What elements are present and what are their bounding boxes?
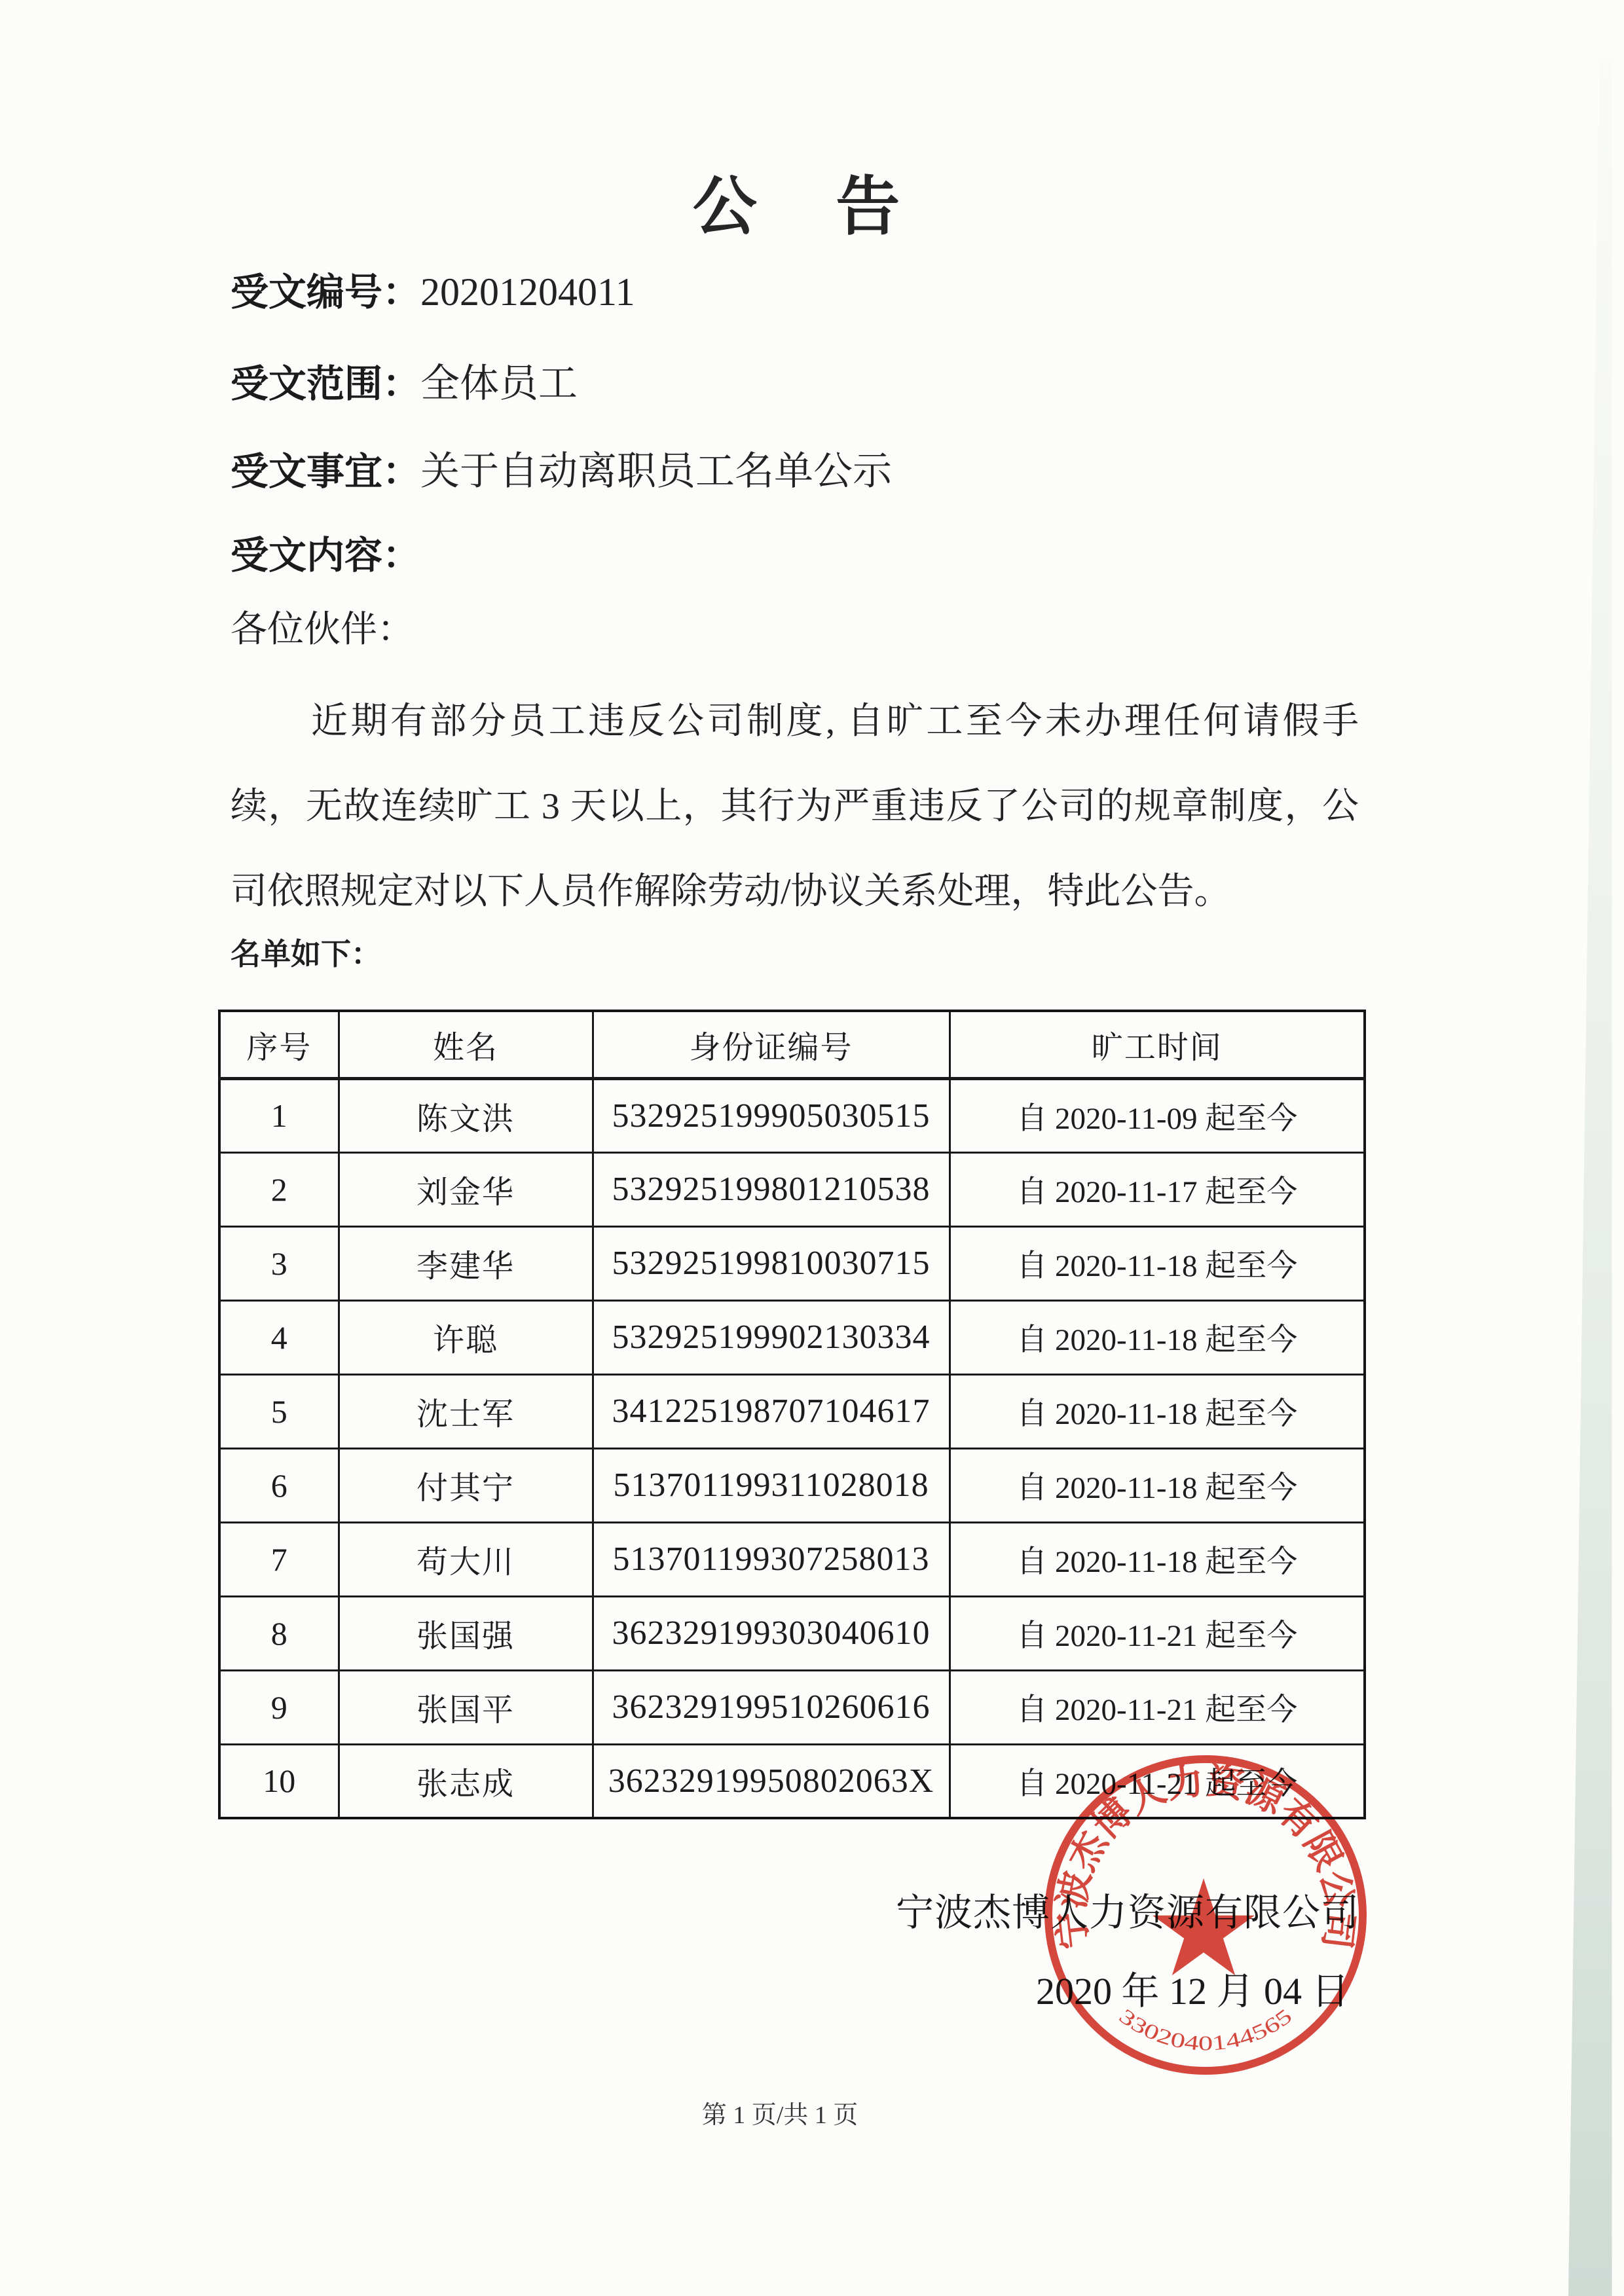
table-row: 6付其宁513701199311028018自 2020-11-18 起至今 bbox=[219, 1448, 1365, 1522]
table-cell: 341225198707104617 bbox=[593, 1374, 950, 1448]
table-cell: 张志成 bbox=[339, 1744, 593, 1818]
column-header-name: 姓名 bbox=[339, 1011, 593, 1078]
scan-artifact-streak bbox=[1568, 59, 1614, 2296]
page-number-footer: 第 1 页/共 1 页 bbox=[0, 2103, 1560, 2128]
meta-label-scope: 受文范围： bbox=[231, 363, 420, 405]
table-cell: 沈士军 bbox=[339, 1374, 593, 1448]
table-cell: 8 bbox=[219, 1596, 339, 1670]
table-cell: 532925199801210538 bbox=[593, 1152, 950, 1226]
table-cell: 自 2020-11-18 起至今 bbox=[950, 1300, 1365, 1374]
absence-table-body: 1陈文洪532925199905030515自 2020-11-09 起至今2刘… bbox=[219, 1078, 1365, 1818]
table-row: 9张国平362329199510260616自 2020-11-21 起至今 bbox=[219, 1670, 1365, 1744]
table-cell: 4 bbox=[219, 1300, 339, 1374]
table-cell: 1 bbox=[219, 1078, 339, 1152]
table-cell: 362329199510260616 bbox=[593, 1670, 950, 1744]
company-seal-stamp: 宁波杰博人力资源有限公司 3302040144565 bbox=[1035, 1745, 1376, 2085]
meta-label-doc-number: 受文编号： bbox=[231, 271, 420, 314]
table-cell: 自 2020-11-21 起至今 bbox=[950, 1670, 1365, 1744]
table-row: 2刘金华532925199801210538自 2020-11-17 起至今 bbox=[219, 1152, 1365, 1226]
meta-value-scope: 全体员工 bbox=[420, 362, 578, 405]
table-cell: 6 bbox=[219, 1448, 339, 1522]
table-cell: 付其宁 bbox=[339, 1448, 593, 1522]
table-cell: 李建华 bbox=[339, 1226, 593, 1300]
table-cell: 9 bbox=[219, 1670, 339, 1744]
table-row: 7苟大川513701199307258013自 2020-11-18 起至今 bbox=[219, 1522, 1365, 1596]
body-paragraph-line-3: 司依照规定对以下人员作解除劳动/协议关系处理，特此公告。 bbox=[231, 873, 1231, 910]
meta-line-content: 受文内容： bbox=[231, 536, 420, 575]
table-cell: 自 2020-11-18 起至今 bbox=[950, 1448, 1365, 1522]
table-cell: 张国平 bbox=[339, 1670, 593, 1744]
meta-line-doc-number: 受文编号：20201204011 bbox=[231, 272, 635, 312]
meta-value-doc-number: 20201204011 bbox=[420, 270, 635, 314]
svg-text:3302040144565: 3302040144565 bbox=[1115, 2004, 1297, 2055]
table-cell: 自 2020-11-21 起至今 bbox=[950, 1596, 1365, 1670]
table-cell: 自 2020-11-09 起至今 bbox=[950, 1078, 1365, 1152]
table-cell: 513701199307258013 bbox=[593, 1522, 950, 1596]
table-cell: 张国强 bbox=[339, 1596, 593, 1670]
meta-line-scope: 受文范围：全体员工 bbox=[231, 364, 578, 403]
table-cell: 苟大川 bbox=[339, 1522, 593, 1596]
table-cell: 2 bbox=[219, 1152, 339, 1226]
list-intro: 名单如下： bbox=[231, 939, 381, 970]
table-cell: 532925199902130334 bbox=[593, 1300, 950, 1374]
star-icon bbox=[1153, 1878, 1255, 1975]
column-header-id: 身份证编号 bbox=[593, 1011, 950, 1078]
meta-value-subject: 关于自动离职员工名单公示 bbox=[420, 450, 892, 493]
table-cell: 自 2020-11-18 起至今 bbox=[950, 1522, 1365, 1596]
meta-label-subject: 受文事宜： bbox=[231, 450, 420, 493]
table-cell: 362329199303040610 bbox=[593, 1596, 950, 1670]
table-cell: 532925199905030515 bbox=[593, 1078, 950, 1152]
table-cell: 自 2020-11-18 起至今 bbox=[950, 1374, 1365, 1448]
meta-label-content: 受文内容： bbox=[231, 534, 420, 577]
table-cell: 许聪 bbox=[339, 1300, 593, 1374]
table-cell: 5 bbox=[219, 1374, 339, 1448]
table-cell: 陈文洪 bbox=[339, 1078, 593, 1152]
table-cell: 自 2020-11-17 起至今 bbox=[950, 1152, 1365, 1226]
body-paragraph-line-2: 续，无故连续旷工 3 天以上，其行为严重违反了公司的规章制度，公 bbox=[231, 788, 1359, 825]
table-cell: 刘金华 bbox=[339, 1152, 593, 1226]
absence-roster-table: 序号 姓名 身份证编号 旷工时间 1陈文洪532925199905030515自… bbox=[218, 1010, 1366, 1819]
column-header-seq: 序号 bbox=[219, 1011, 339, 1078]
page-title: 公 告 bbox=[0, 175, 1624, 240]
body-paragraph-line-1: 近期有部分员工违反公司制度, 自旷工至今未办理任何请假手 bbox=[311, 703, 1359, 740]
salutation: 各位伙伴： bbox=[231, 611, 414, 648]
table-cell: 10 bbox=[219, 1744, 339, 1818]
table-row: 8张国强362329199303040610自 2020-11-21 起至今 bbox=[219, 1596, 1365, 1670]
table-cell: 513701199311028018 bbox=[593, 1448, 950, 1522]
table-row: 5沈士军341225198707104617自 2020-11-18 起至今 bbox=[219, 1374, 1365, 1448]
table-cell: 自 2020-11-18 起至今 bbox=[950, 1226, 1365, 1300]
table-header-row: 序号 姓名 身份证编号 旷工时间 bbox=[219, 1011, 1365, 1078]
table-cell: 7 bbox=[219, 1522, 339, 1596]
table-row: 4许聪532925199902130334自 2020-11-18 起至今 bbox=[219, 1300, 1365, 1374]
column-header-time: 旷工时间 bbox=[950, 1011, 1365, 1078]
stamp-number: 3302040144565 bbox=[1115, 2004, 1297, 2055]
table-cell: 3 bbox=[219, 1226, 339, 1300]
table-row: 3李建华532925199810030715自 2020-11-18 起至今 bbox=[219, 1226, 1365, 1300]
table-cell: 532925199810030715 bbox=[593, 1226, 950, 1300]
table-cell: 36232919950802063X bbox=[593, 1744, 950, 1818]
meta-line-subject: 受文事宜：关于自动离职员工名单公示 bbox=[231, 452, 892, 491]
table-row: 1陈文洪532925199905030515自 2020-11-09 起至今 bbox=[219, 1078, 1365, 1152]
